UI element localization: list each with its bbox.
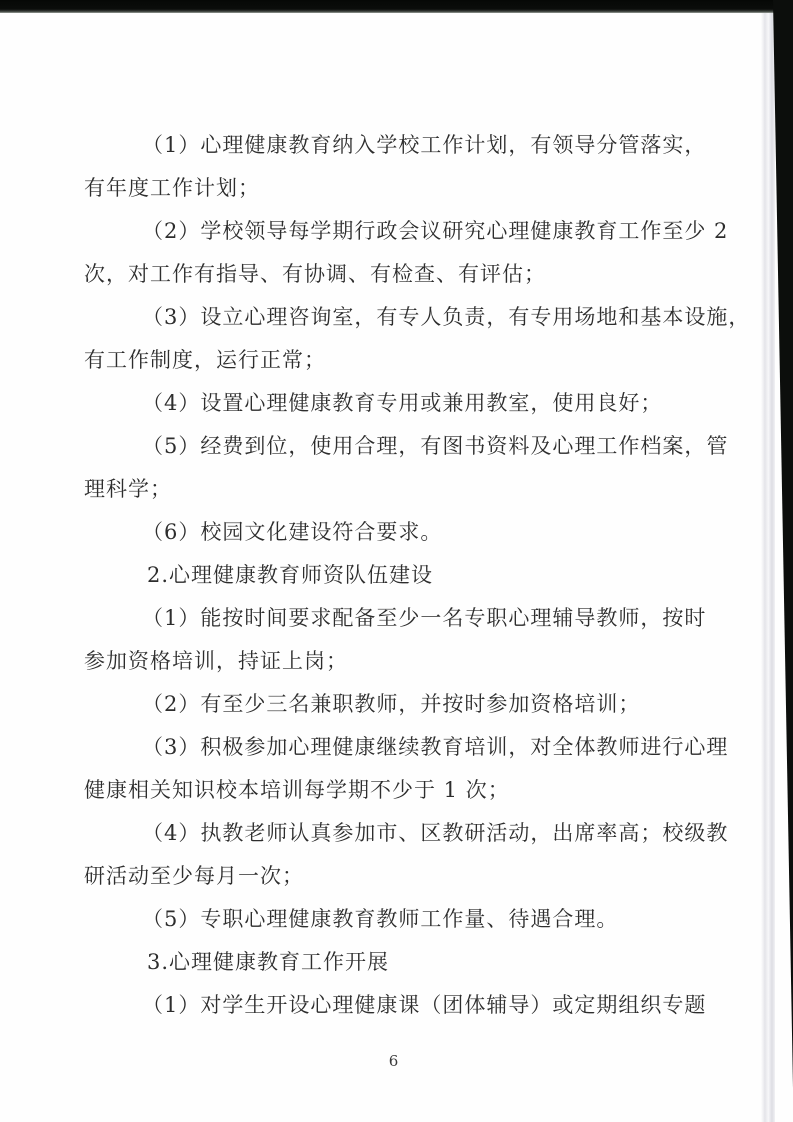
text-line: 次，对工作有指导、有协调、有检查、有评估； [84, 253, 716, 296]
text-line: 健康相关知识校本培训每学期不少于 1 次； [84, 769, 716, 812]
text-line: 有工作制度，运行正常； [84, 339, 716, 382]
text-line: 有年度工作计划； [84, 167, 716, 210]
scanned-document-page: （1）心理健康教育纳入学校工作计划，有领导分管落实， 有年度工作计划； （2）学… [0, 0, 793, 1122]
page-edge-shadow [761, 13, 775, 1122]
text-line: （1）能按时间要求配备至少一名专职心理辅导教师，按时 [84, 597, 716, 640]
text-line: （6）校园文化建设符合要求。 [84, 511, 716, 554]
page-number: 6 [84, 1050, 704, 1072]
text-line: （4）设置心理健康教育专用或兼用教室，使用良好； [84, 382, 716, 425]
text-line: （1）对学生开设心理健康课（团体辅导）或定期组织专题 [84, 984, 716, 1027]
scan-top-border [0, 0, 793, 13]
section-heading: 2.心理健康教育师资队伍建设 [84, 554, 716, 597]
text-line: 理科学； [84, 468, 716, 511]
text-line: （5）经费到位，使用合理，有图书资料及心理工作档案，管 [84, 425, 716, 468]
text-line: 研活动至少每月一次； [84, 855, 716, 898]
text-line: （3）设立心理咨询室，有专人负责，有专用场地和基本设施， [84, 296, 716, 339]
scan-right-border [773, 0, 793, 1088]
text-line: （5）专职心理健康教育教师工作量、待遇合理。 [84, 898, 716, 941]
text-line: （1）心理健康教育纳入学校工作计划，有领导分管落实， [84, 124, 716, 167]
text-line: （4）执教老师认真参加市、区教研活动，出席率高；校级教 [84, 812, 716, 855]
section-heading: 3.心理健康教育工作开展 [84, 941, 716, 984]
document-body: （1）心理健康教育纳入学校工作计划，有领导分管落实， 有年度工作计划； （2）学… [84, 124, 716, 1027]
text-line: （2）有至少三名兼职教师，并按时参加资格培训； [84, 683, 716, 726]
text-line: （3）积极参加心理健康继续教育培训，对全体教师进行心理 [84, 726, 716, 769]
text-line: 参加资格培训，持证上岗； [84, 640, 716, 683]
text-line: （2）学校领导每学期行政会议研究心理健康教育工作至少 2 [84, 210, 716, 253]
